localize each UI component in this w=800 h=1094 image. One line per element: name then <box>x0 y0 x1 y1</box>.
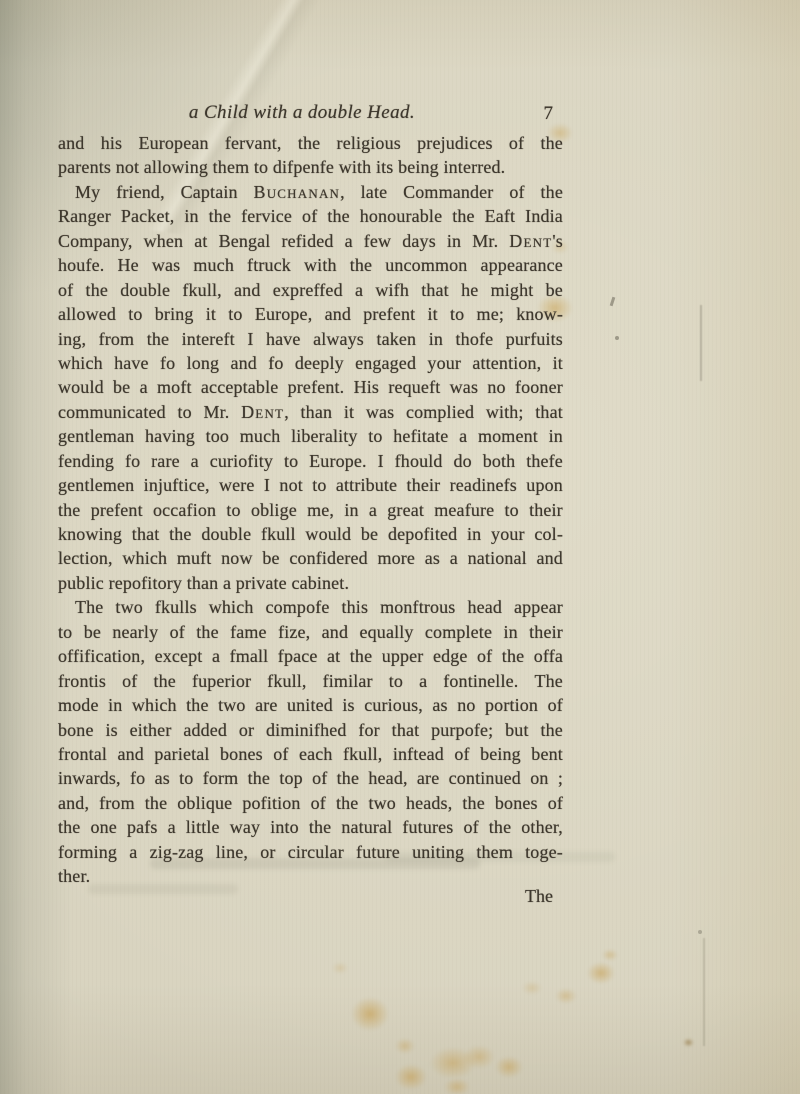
body-line: fendingforareacuriofitytoEurope.Ifhouldd… <box>58 449 563 473</box>
text-block: andhisEuropeanfervant,thereligiousprejud… <box>58 131 563 889</box>
book-page-scan: a Child with a double Head. 7 andhisEuro… <box>0 0 800 1094</box>
body-line: wouldbeamoftacceptableprefent.Hisrequeft… <box>58 375 563 399</box>
body-line: whichhavefolongandfodeeplyengagedyouratt… <box>58 351 563 375</box>
body-line: inwards,foastoformthetopofthehead,arecon… <box>58 766 563 790</box>
catchword: The <box>525 884 553 908</box>
body-line: Company,whenatBengalrefidedafewdaysinMr.… <box>58 229 563 253</box>
body-line: ofthedoublefkull,andexpreffedawifhthathe… <box>58 278 563 302</box>
ink-speck <box>615 336 619 340</box>
body-line: knowingthatthedoublefkullwouldbedepofite… <box>58 522 563 546</box>
body-line: gentlemeninjuftice,wereInottoattributeth… <box>58 473 563 497</box>
body-line: houfe.Hewasmuchftruckwiththeuncommonappe… <box>58 253 563 277</box>
body-line: formingazig-zagline,orcircularfutureunit… <box>58 840 563 864</box>
body-line: frontisofthefuperiorfkull,fimilartoafont… <box>58 669 563 693</box>
body-line: public repofitory than a private cabinet… <box>58 571 563 595</box>
body-line: frontalandparietalbonesofeachfkull,infte… <box>58 742 563 766</box>
ink-speck <box>610 297 616 306</box>
body-line: ing,fromtheintereftIhavealwaystakenintho… <box>58 327 563 351</box>
body-line: communicatedtoMr.Dent,thanitwascompliedw… <box>58 400 563 424</box>
body-line: modeinwhichthetwoareunitediscurious,asno… <box>58 693 563 717</box>
page-number: 7 <box>544 101 554 127</box>
ink-speck <box>698 930 702 934</box>
scratch-mark <box>703 938 705 1046</box>
body-line: Thetwofkullswhichcompofethismonftroushea… <box>58 595 563 619</box>
body-line: and,fromtheobliquepofitionofthetwoheads,… <box>58 791 563 815</box>
body-line: RangerPacket,intheferviceofthehonourable… <box>58 204 563 228</box>
scratch-mark <box>700 305 702 381</box>
running-title: a Child with a double Head. <box>52 100 552 126</box>
body-line: theprefentoccafiontoobligeme,inagreatmea… <box>58 498 563 522</box>
body-line: Myfriend,CaptainBuchanan,lateCommanderof… <box>58 180 563 204</box>
body-line: ther. <box>58 864 563 888</box>
body-line: gentlemanhavingtoomuchliberalitytohefita… <box>58 424 563 448</box>
body-line: offification,exceptafmallfpaceattheupper… <box>58 644 563 668</box>
body-line: theonepafsalittlewayintothenaturalfuture… <box>58 815 563 839</box>
body-line: boneiseitheraddedordiminifhedforthatpurp… <box>58 718 563 742</box>
body-line: tobenearlyofthefamefize,andequallycomple… <box>58 620 563 644</box>
body-line: andhisEuropeanfervant,thereligiousprejud… <box>58 131 563 155</box>
body-line: lection,whichmuftnowbeconfideredmoreasan… <box>58 546 563 570</box>
body-line: parents not allowing them to difpenfe wi… <box>58 155 563 179</box>
body-line: allowedtobringittoEurope,andprefentittom… <box>58 302 563 326</box>
